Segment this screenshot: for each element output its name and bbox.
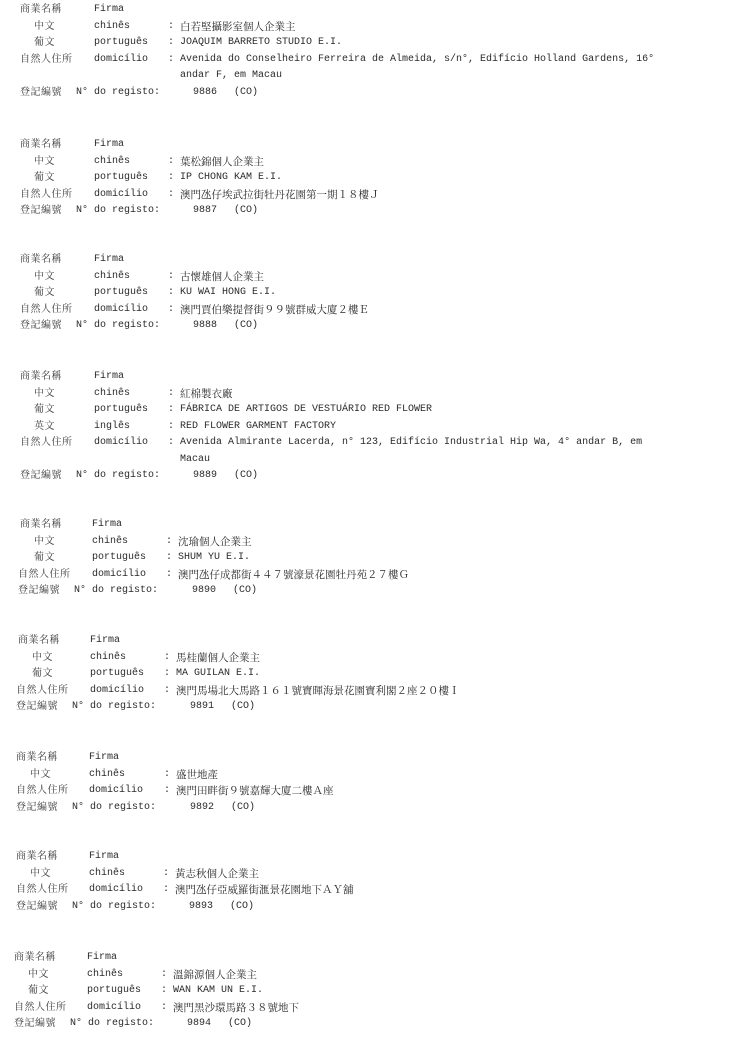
domicile-label-zh: 自然人住所 [16, 882, 69, 899]
registration-number: 9890 [192, 583, 216, 600]
english-name-value: RED FLOWER GARMENT FACTORY [180, 419, 336, 436]
registration-code: (CO) [234, 318, 258, 335]
domicile-value: 澳門馬場北大馬路１６１號寶暉海景花園寶利閣２座２０樓Ｉ [176, 683, 460, 700]
trade-name-header: 商業名稱 Firma [0, 950, 738, 967]
colon: : [164, 650, 170, 667]
portuguese-label-pt: português [94, 285, 148, 302]
colon: : [168, 302, 174, 319]
domicile-label-zh: 自然人住所 [16, 783, 69, 800]
trade-name-label-pt: Firma [94, 369, 124, 386]
domicile-row: 自然人住所 domicílio : 澳門馬場北大馬路１６１號寶暉海景花園寶利閣２… [0, 683, 738, 700]
colon: : [164, 783, 170, 800]
domicile-value: Avenida do Conselheiro Ferreira de Almei… [180, 52, 654, 69]
domicile-row: 自然人住所 domicílio : 澳門黑沙環馬路３８號地下 [0, 1000, 738, 1017]
trade-name-label-zh: 商業名稱 [20, 369, 62, 386]
colon: : [164, 767, 170, 784]
portuguese-label-pt: português [94, 402, 148, 419]
domicile-label-pt: domicílio [94, 302, 148, 319]
domicile-label-pt: domicílio [89, 882, 143, 899]
chinese-label-zh: 中文 [34, 19, 55, 36]
colon: : [164, 666, 170, 683]
domicile-row: 自然人住所 domicílio : 澳門氹仔亞威羅街滙景花園地下ＡＹ舖 [0, 882, 738, 899]
portuguese-label-zh: 葡文 [34, 285, 55, 302]
chinese-label-pt: chinês [87, 967, 123, 984]
portuguese-label-pt: português [90, 666, 144, 683]
portuguese-name-value: KU WAI HONG E.I. [180, 285, 276, 302]
trade-name-label-zh: 商業名稱 [16, 849, 58, 866]
portuguese-name-value: WAN KAM UN E.I. [173, 983, 263, 1000]
reg-label-pt: N° do registo: [72, 699, 156, 716]
chinese-label-pt: chinês [90, 650, 126, 667]
registration-entry: 商業名稱 Firma 中文 chinês : 葉松錦個人企業主 葡文 portu… [0, 137, 738, 220]
registration-number: 9887 [193, 203, 217, 220]
portuguese-label-zh: 葡文 [34, 35, 55, 52]
domicile-label-zh: 自然人住所 [18, 567, 71, 584]
domicile-row: 自然人住所 domicílio : Avenida do Conselheiro… [0, 52, 738, 69]
colon: : [168, 154, 174, 171]
domicile-value-continued: Macau [180, 452, 210, 469]
chinese-name-value: 馬桂蘭個人企業主 [176, 650, 260, 667]
registration-number-row: 登記編號 N° do registo: 9893 (CO) [0, 899, 738, 916]
trade-name-label-pt: Firma [94, 137, 124, 154]
trade-name-label-pt: Firma [94, 252, 124, 269]
registration-code: (CO) [230, 899, 254, 916]
domicile-row: 自然人住所 domicílio : 澳門賈伯樂提督街９９號群威大廈２樓Ｅ [0, 302, 738, 319]
chinese-label-pt: chinês [94, 154, 130, 171]
portuguese-label-pt: português [92, 550, 146, 567]
colon: : [166, 550, 172, 567]
chinese-label-zh: 中文 [28, 967, 49, 984]
registration-entry: 商業名稱 Firma 中文 chinês : 溫錦源個人企業主 葡文 portu… [0, 950, 738, 1033]
colon: : [161, 1000, 167, 1017]
chinese-name-row: 中文 chinês : 馬桂蘭個人企業主 [0, 650, 738, 667]
trade-name-label-pt: Firma [90, 633, 120, 650]
chinese-label-zh: 中文 [30, 866, 51, 883]
chinese-label-pt: chinês [89, 767, 125, 784]
registration-entry: 商業名稱 Firma 中文 chinês : 黃志秋個人企業主 自然人住所 do… [0, 849, 738, 915]
colon: : [168, 419, 174, 436]
colon: : [166, 567, 172, 584]
chinese-name-row: 中文 chinês : 沈瑜個人企業主 [0, 534, 738, 551]
trade-name-header: 商業名稱 Firma [0, 137, 738, 154]
colon: : [161, 983, 167, 1000]
reg-label-zh: 登記編號 [20, 468, 62, 485]
registration-number: 9889 [193, 468, 217, 485]
chinese-name-row: 中文 chinês : 溫錦源個人企業主 [0, 967, 738, 984]
trade-name-label-pt: Firma [92, 517, 122, 534]
registration-number-row: 登記編號 N° do registo: 9886 (CO) [0, 85, 738, 102]
colon: : [168, 386, 174, 403]
reg-label-pt: N° do registo: [76, 85, 160, 102]
domicile-label-pt: domicílio [92, 567, 146, 584]
reg-label-zh: 登記編號 [14, 1016, 56, 1033]
registration-number: 9888 [193, 318, 217, 335]
domicile-continuation-row: andar F, em Macau [0, 68, 738, 85]
reg-label-zh: 登記編號 [16, 699, 58, 716]
domicile-label-zh: 自然人住所 [20, 302, 73, 319]
domicile-value: 澳門氹仔亞威羅街滙景花園地下ＡＹ舖 [175, 882, 354, 899]
domicile-label-zh: 自然人住所 [20, 187, 73, 204]
domicile-row: 自然人住所 domicílio : 澳門氹仔成都街４４７號濠景花園牡丹苑２７樓Ｇ [0, 567, 738, 584]
registration-entry: 商業名稱 Firma 中文 chinês : 馬桂蘭個人企業主 葡文 portu… [0, 633, 738, 716]
registration-code: (CO) [234, 468, 258, 485]
chinese-name-row: 中文 chinês : 黃志秋個人企業主 [0, 866, 738, 883]
registration-entry: 商業名稱 Firma 中文 chinês : 盛世地產 自然人住所 domicí… [0, 750, 738, 816]
registration-code: (CO) [228, 1016, 252, 1033]
trade-name-header: 商業名稱 Firma [0, 252, 738, 269]
domicile-label-pt: domicílio [89, 783, 143, 800]
domicile-label-pt: domicílio [87, 1000, 141, 1017]
colon: : [168, 269, 174, 286]
reg-label-pt: N° do registo: [76, 203, 160, 220]
chinese-name-row: 中文 chinês : 古懷雄個人企業主 [0, 269, 738, 286]
chinese-label-pt: chinês [94, 386, 130, 403]
colon: : [168, 52, 174, 69]
chinese-name-value: 沈瑜個人企業主 [178, 534, 252, 551]
domicile-row: 自然人住所 domicílio : 澳門田畔街９號嘉輝大廈二樓Ａ座 [0, 783, 738, 800]
domicile-label-zh: 自然人住所 [14, 1000, 67, 1017]
trade-name-label-zh: 商業名稱 [20, 517, 62, 534]
chinese-name-row: 中文 chinês : 盛世地產 [0, 767, 738, 784]
chinese-label-pt: chinês [94, 19, 130, 36]
english-label-pt: inglês [94, 419, 130, 436]
chinese-label-pt: chinês [92, 534, 128, 551]
trade-name-label-zh: 商業名稱 [16, 750, 58, 767]
portuguese-name-row: 葡文 português : WAN KAM UN E.I. [0, 983, 738, 1000]
portuguese-label-zh: 葡文 [28, 983, 49, 1000]
chinese-label-zh: 中文 [34, 386, 55, 403]
reg-label-zh: 登記編號 [18, 583, 60, 600]
registration-entry: 商業名稱 Firma 中文 chinês : 白若堅攝影室個人企業主 葡文 po… [0, 2, 738, 101]
registration-code: (CO) [231, 800, 255, 817]
portuguese-name-value: MA GUILAN E.I. [176, 666, 260, 683]
portuguese-name-value: FÁBRICA DE ARTIGOS DE VESTUÁRIO RED FLOW… [180, 402, 432, 419]
portuguese-name-row: 葡文 português : IP CHONG KAM E.I. [0, 170, 738, 187]
portuguese-name-row: 葡文 português : SHUM YU E.I. [0, 550, 738, 567]
registration-entry: 商業名稱 Firma 中文 chinês : 紅棉製衣廠 葡文 portuguê… [0, 369, 738, 485]
reg-label-pt: N° do registo: [76, 318, 160, 335]
trade-name-label-zh: 商業名稱 [20, 137, 62, 154]
colon: : [168, 435, 174, 452]
chinese-name-row: 中文 chinês : 紅棉製衣廠 [0, 386, 738, 403]
domicile-continuation-row: Macau [0, 452, 738, 469]
trade-name-header: 商業名稱 Firma [0, 750, 738, 767]
domicile-label-pt: domicílio [94, 52, 148, 69]
portuguese-name-row: 葡文 português : KU WAI HONG E.I. [0, 285, 738, 302]
trade-name-header: 商業名稱 Firma [0, 849, 738, 866]
trade-name-label-pt: Firma [89, 849, 119, 866]
domicile-value: 澳門氹仔成都街４４７號濠景花園牡丹苑２７樓Ｇ [178, 567, 409, 584]
reg-label-pt: N° do registo: [74, 583, 158, 600]
portuguese-name-row: 葡文 português : FÁBRICA DE ARTIGOS DE VES… [0, 402, 738, 419]
portuguese-name-value: SHUM YU E.I. [178, 550, 250, 567]
trade-name-header: 商業名稱 Firma [0, 517, 738, 534]
domicile-label-pt: domicílio [94, 187, 148, 204]
reg-label-pt: N° do registo: [70, 1016, 154, 1033]
domicile-label-zh: 自然人住所 [20, 435, 73, 452]
registration-code: (CO) [234, 203, 258, 220]
portuguese-name-value: JOAQUIM BARRETO STUDIO E.I. [180, 35, 342, 52]
domicile-value: 澳門田畔街９號嘉輝大廈二樓Ａ座 [176, 783, 334, 800]
registration-number: 9892 [190, 800, 214, 817]
registration-number-row: 登記編號 N° do registo: 9889 (CO) [0, 468, 738, 485]
trade-name-header: 商業名稱 Firma [0, 2, 738, 19]
colon: : [168, 187, 174, 204]
domicile-label-pt: domicílio [94, 435, 148, 452]
chinese-name-value: 盛世地產 [176, 767, 218, 784]
reg-label-pt: N° do registo: [72, 899, 156, 916]
domicile-label-zh: 自然人住所 [16, 683, 69, 700]
chinese-label-zh: 中文 [34, 534, 55, 551]
registration-number-row: 登記編號 N° do registo: 9894 (CO) [0, 1016, 738, 1033]
registration-number-row: 登記編號 N° do registo: 9888 (CO) [0, 318, 738, 335]
domicile-value: Avenida Almirante Lacerda, n° 123, Edifí… [180, 435, 642, 452]
chinese-name-value: 白若堅攝影室個人企業主 [180, 19, 296, 36]
reg-label-zh: 登記編號 [16, 899, 58, 916]
english-name-row: 英文 inglês : RED FLOWER GARMENT FACTORY [0, 419, 738, 436]
portuguese-name-row: 葡文 português : JOAQUIM BARRETO STUDIO E.… [0, 35, 738, 52]
reg-label-pt: N° do registo: [76, 468, 160, 485]
trade-name-label-zh: 商業名稱 [20, 252, 62, 269]
colon: : [168, 402, 174, 419]
reg-label-zh: 登記編號 [20, 203, 62, 220]
domicile-value-continued: andar F, em Macau [180, 68, 282, 85]
reg-label-zh: 登記編號 [20, 318, 62, 335]
registration-number-row: 登記編號 N° do registo: 9892 (CO) [0, 800, 738, 817]
portuguese-label-zh: 葡文 [34, 550, 55, 567]
colon: : [161, 967, 167, 984]
chinese-name-row: 中文 chinês : 白若堅攝影室個人企業主 [0, 19, 738, 36]
trade-name-label-zh: 商業名稱 [20, 2, 62, 19]
registration-number-row: 登記編號 N° do registo: 9887 (CO) [0, 203, 738, 220]
trade-name-label-zh: 商業名稱 [14, 950, 56, 967]
chinese-name-row: 中文 chinês : 葉松錦個人企業主 [0, 154, 738, 171]
reg-label-pt: N° do registo: [72, 800, 156, 817]
english-label-zh: 英文 [34, 419, 55, 436]
registration-code: (CO) [231, 699, 255, 716]
reg-label-zh: 登記編號 [16, 800, 58, 817]
portuguese-label-pt: português [94, 170, 148, 187]
trade-name-label-zh: 商業名稱 [18, 633, 60, 650]
portuguese-name-row: 葡文 português : MA GUILAN E.I. [0, 666, 738, 683]
trade-name-header: 商業名稱 Firma [0, 369, 738, 386]
registration-code: (CO) [233, 583, 257, 600]
chinese-label-zh: 中文 [30, 767, 51, 784]
registration-code: (CO) [234, 85, 258, 102]
colon: : [168, 170, 174, 187]
chinese-name-value: 紅棉製衣廠 [180, 386, 233, 403]
portuguese-label-zh: 葡文 [34, 170, 55, 187]
portuguese-label-zh: 葡文 [34, 402, 55, 419]
registration-number: 9891 [190, 699, 214, 716]
trade-name-header: 商業名稱 Firma [0, 633, 738, 650]
colon: : [168, 19, 174, 36]
domicile-row: 自然人住所 domicílio : 澳門氹仔埃武拉街牡丹花園第一期１８樓Ｊ [0, 187, 738, 204]
registration-number: 9893 [189, 899, 213, 916]
chinese-name-value: 黃志秋個人企業主 [175, 866, 259, 883]
chinese-label-zh: 中文 [32, 650, 53, 667]
registration-number-row: 登記編號 N° do registo: 9891 (CO) [0, 699, 738, 716]
domicile-value: 澳門黑沙環馬路３８號地下 [173, 1000, 299, 1017]
colon: : [164, 683, 170, 700]
chinese-name-value: 古懷雄個人企業主 [180, 269, 264, 286]
chinese-label-zh: 中文 [34, 269, 55, 286]
registration-entry: 商業名稱 Firma 中文 chinês : 沈瑜個人企業主 葡文 portug… [0, 517, 738, 600]
colon: : [163, 882, 169, 899]
colon: : [168, 285, 174, 302]
reg-label-zh: 登記編號 [20, 85, 62, 102]
registration-number: 9894 [187, 1016, 211, 1033]
colon: : [163, 866, 169, 883]
registration-entry: 商業名稱 Firma 中文 chinês : 古懷雄個人企業主 葡文 portu… [0, 252, 738, 335]
domicile-value: 澳門氹仔埃武拉街牡丹花園第一期１８樓Ｊ [180, 187, 380, 204]
chinese-label-pt: chinês [94, 269, 130, 286]
registration-number-row: 登記編號 N° do registo: 9890 (CO) [0, 583, 738, 600]
domicile-label-zh: 自然人住所 [20, 52, 73, 69]
registration-number: 9886 [193, 85, 217, 102]
portuguese-label-pt: português [94, 35, 148, 52]
colon: : [168, 35, 174, 52]
colon: : [166, 534, 172, 551]
trade-name-label-pt: Firma [89, 750, 119, 767]
domicile-label-pt: domicílio [90, 683, 144, 700]
chinese-name-value: 葉松錦個人企業主 [180, 154, 264, 171]
domicile-row: 自然人住所 domicílio : Avenida Almirante Lace… [0, 435, 738, 452]
chinese-label-zh: 中文 [34, 154, 55, 171]
chinese-name-value: 溫錦源個人企業主 [173, 967, 257, 984]
trade-name-label-pt: Firma [87, 950, 117, 967]
chinese-label-pt: chinês [89, 866, 125, 883]
portuguese-name-value: IP CHONG KAM E.I. [180, 170, 282, 187]
trade-name-label-pt: Firma [94, 2, 124, 19]
portuguese-label-zh: 葡文 [32, 666, 53, 683]
portuguese-label-pt: português [87, 983, 141, 1000]
domicile-value: 澳門賈伯樂提督街９９號群威大廈２樓Ｅ [180, 302, 369, 319]
